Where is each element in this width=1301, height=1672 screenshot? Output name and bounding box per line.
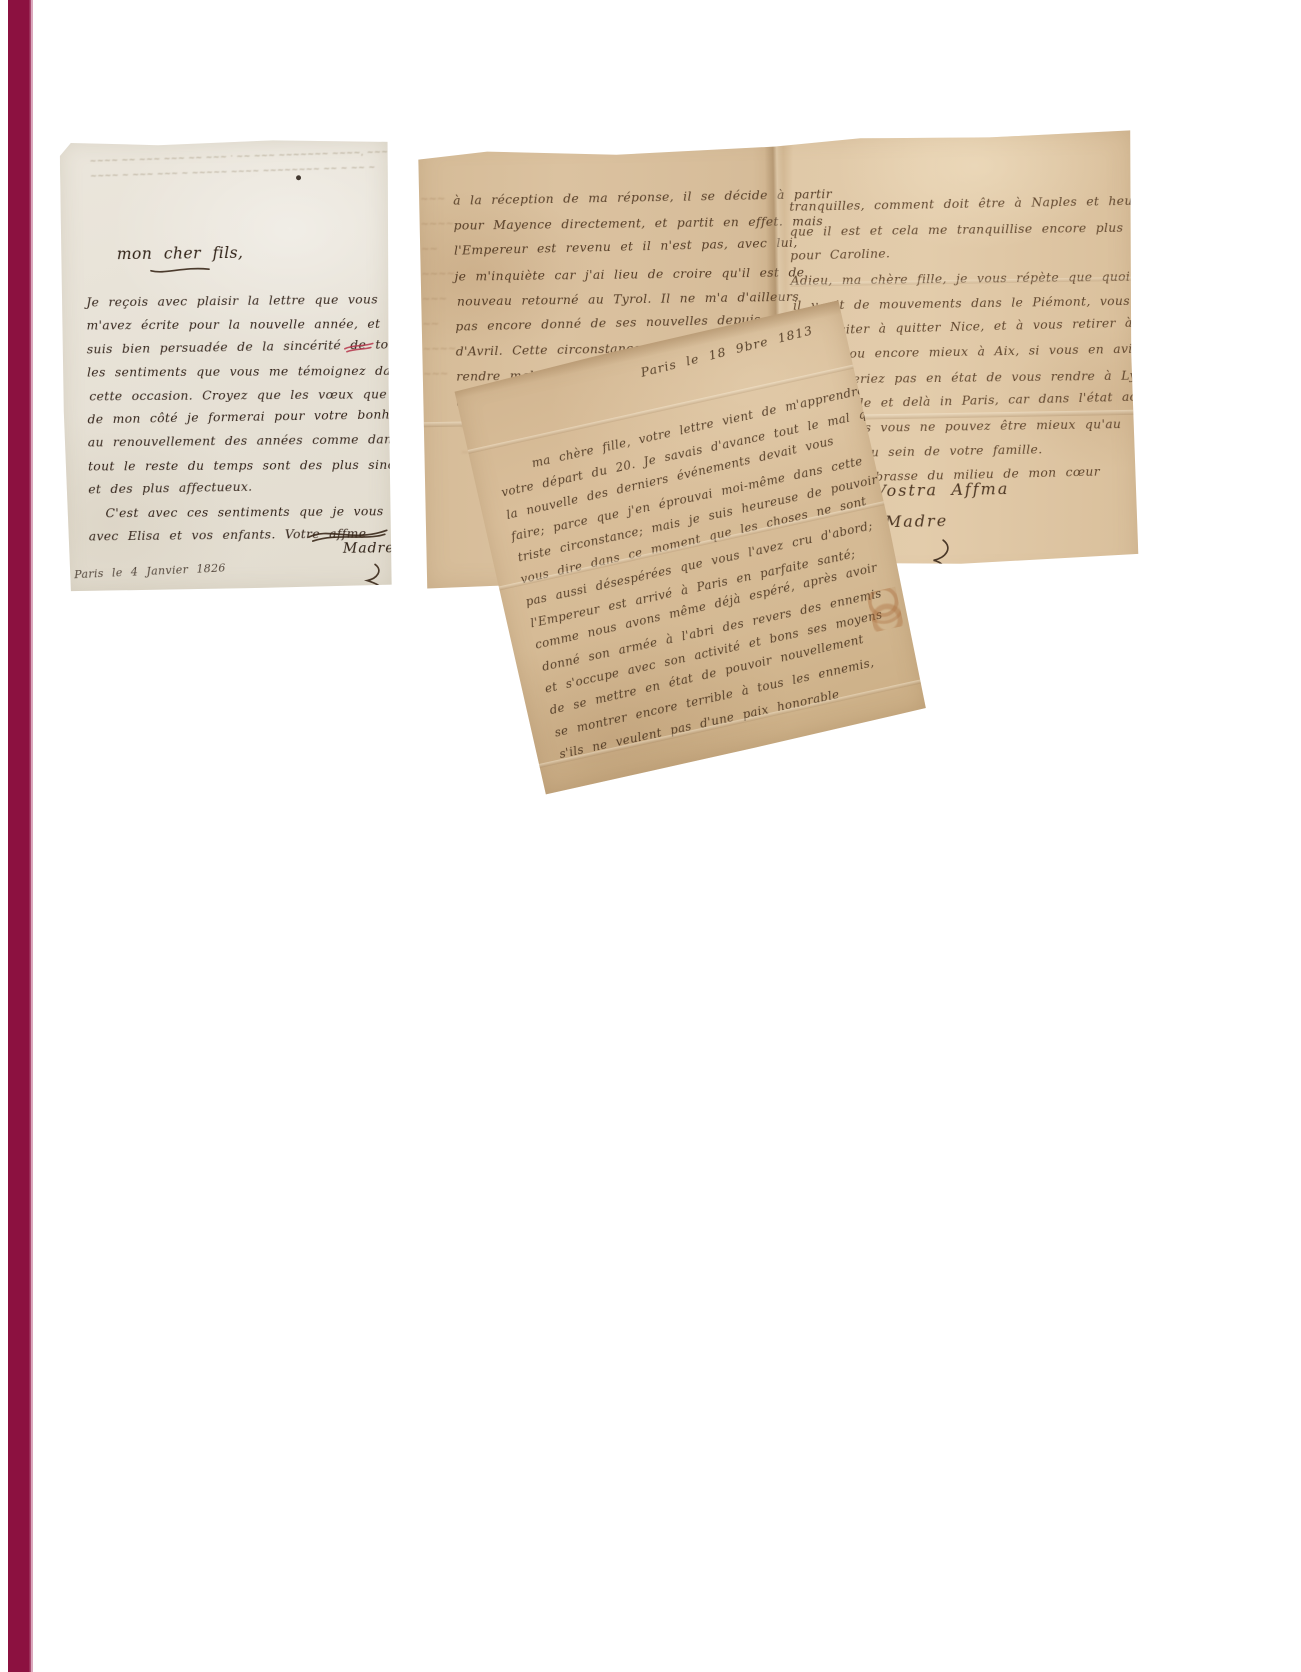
signature-name: Madre	[885, 511, 949, 531]
letter-three-body: ma chère fille, votre lettre vient de m'…	[494, 383, 913, 766]
signature-name: Madre	[343, 540, 395, 557]
pencil-annotation: ~~~~ ~~ ~~~ ~~~ ~~ ~~~ · ~~ ~~~ ~~~~~~~ …	[89, 144, 376, 183]
letter-one: ~~~~ ~~ ~~~ ~~~ ~~ ~~~ · ~~ ~~~ ~~~~~~~ …	[60, 138, 393, 591]
salutation: mon cher fils,	[117, 244, 244, 263]
salutation-underline-flourish	[149, 264, 211, 275]
catalog-page: ~~~~ ~~ ~~~ ~~~ ~~ ~~~ · ~~ ~~~ ~~~~~~~ …	[0, 0, 1301, 1672]
ink-dot	[296, 175, 301, 180]
signature-paraph	[923, 538, 954, 575]
letter-one-body: Je reçois avec plaisir la lettre que vou…	[86, 288, 389, 549]
spine-bar	[8, 0, 33, 1672]
signature-paraph	[359, 562, 385, 588]
date-line: Paris le 4 Janvier 1826	[74, 561, 226, 581]
red-ink-mark	[343, 340, 375, 353]
